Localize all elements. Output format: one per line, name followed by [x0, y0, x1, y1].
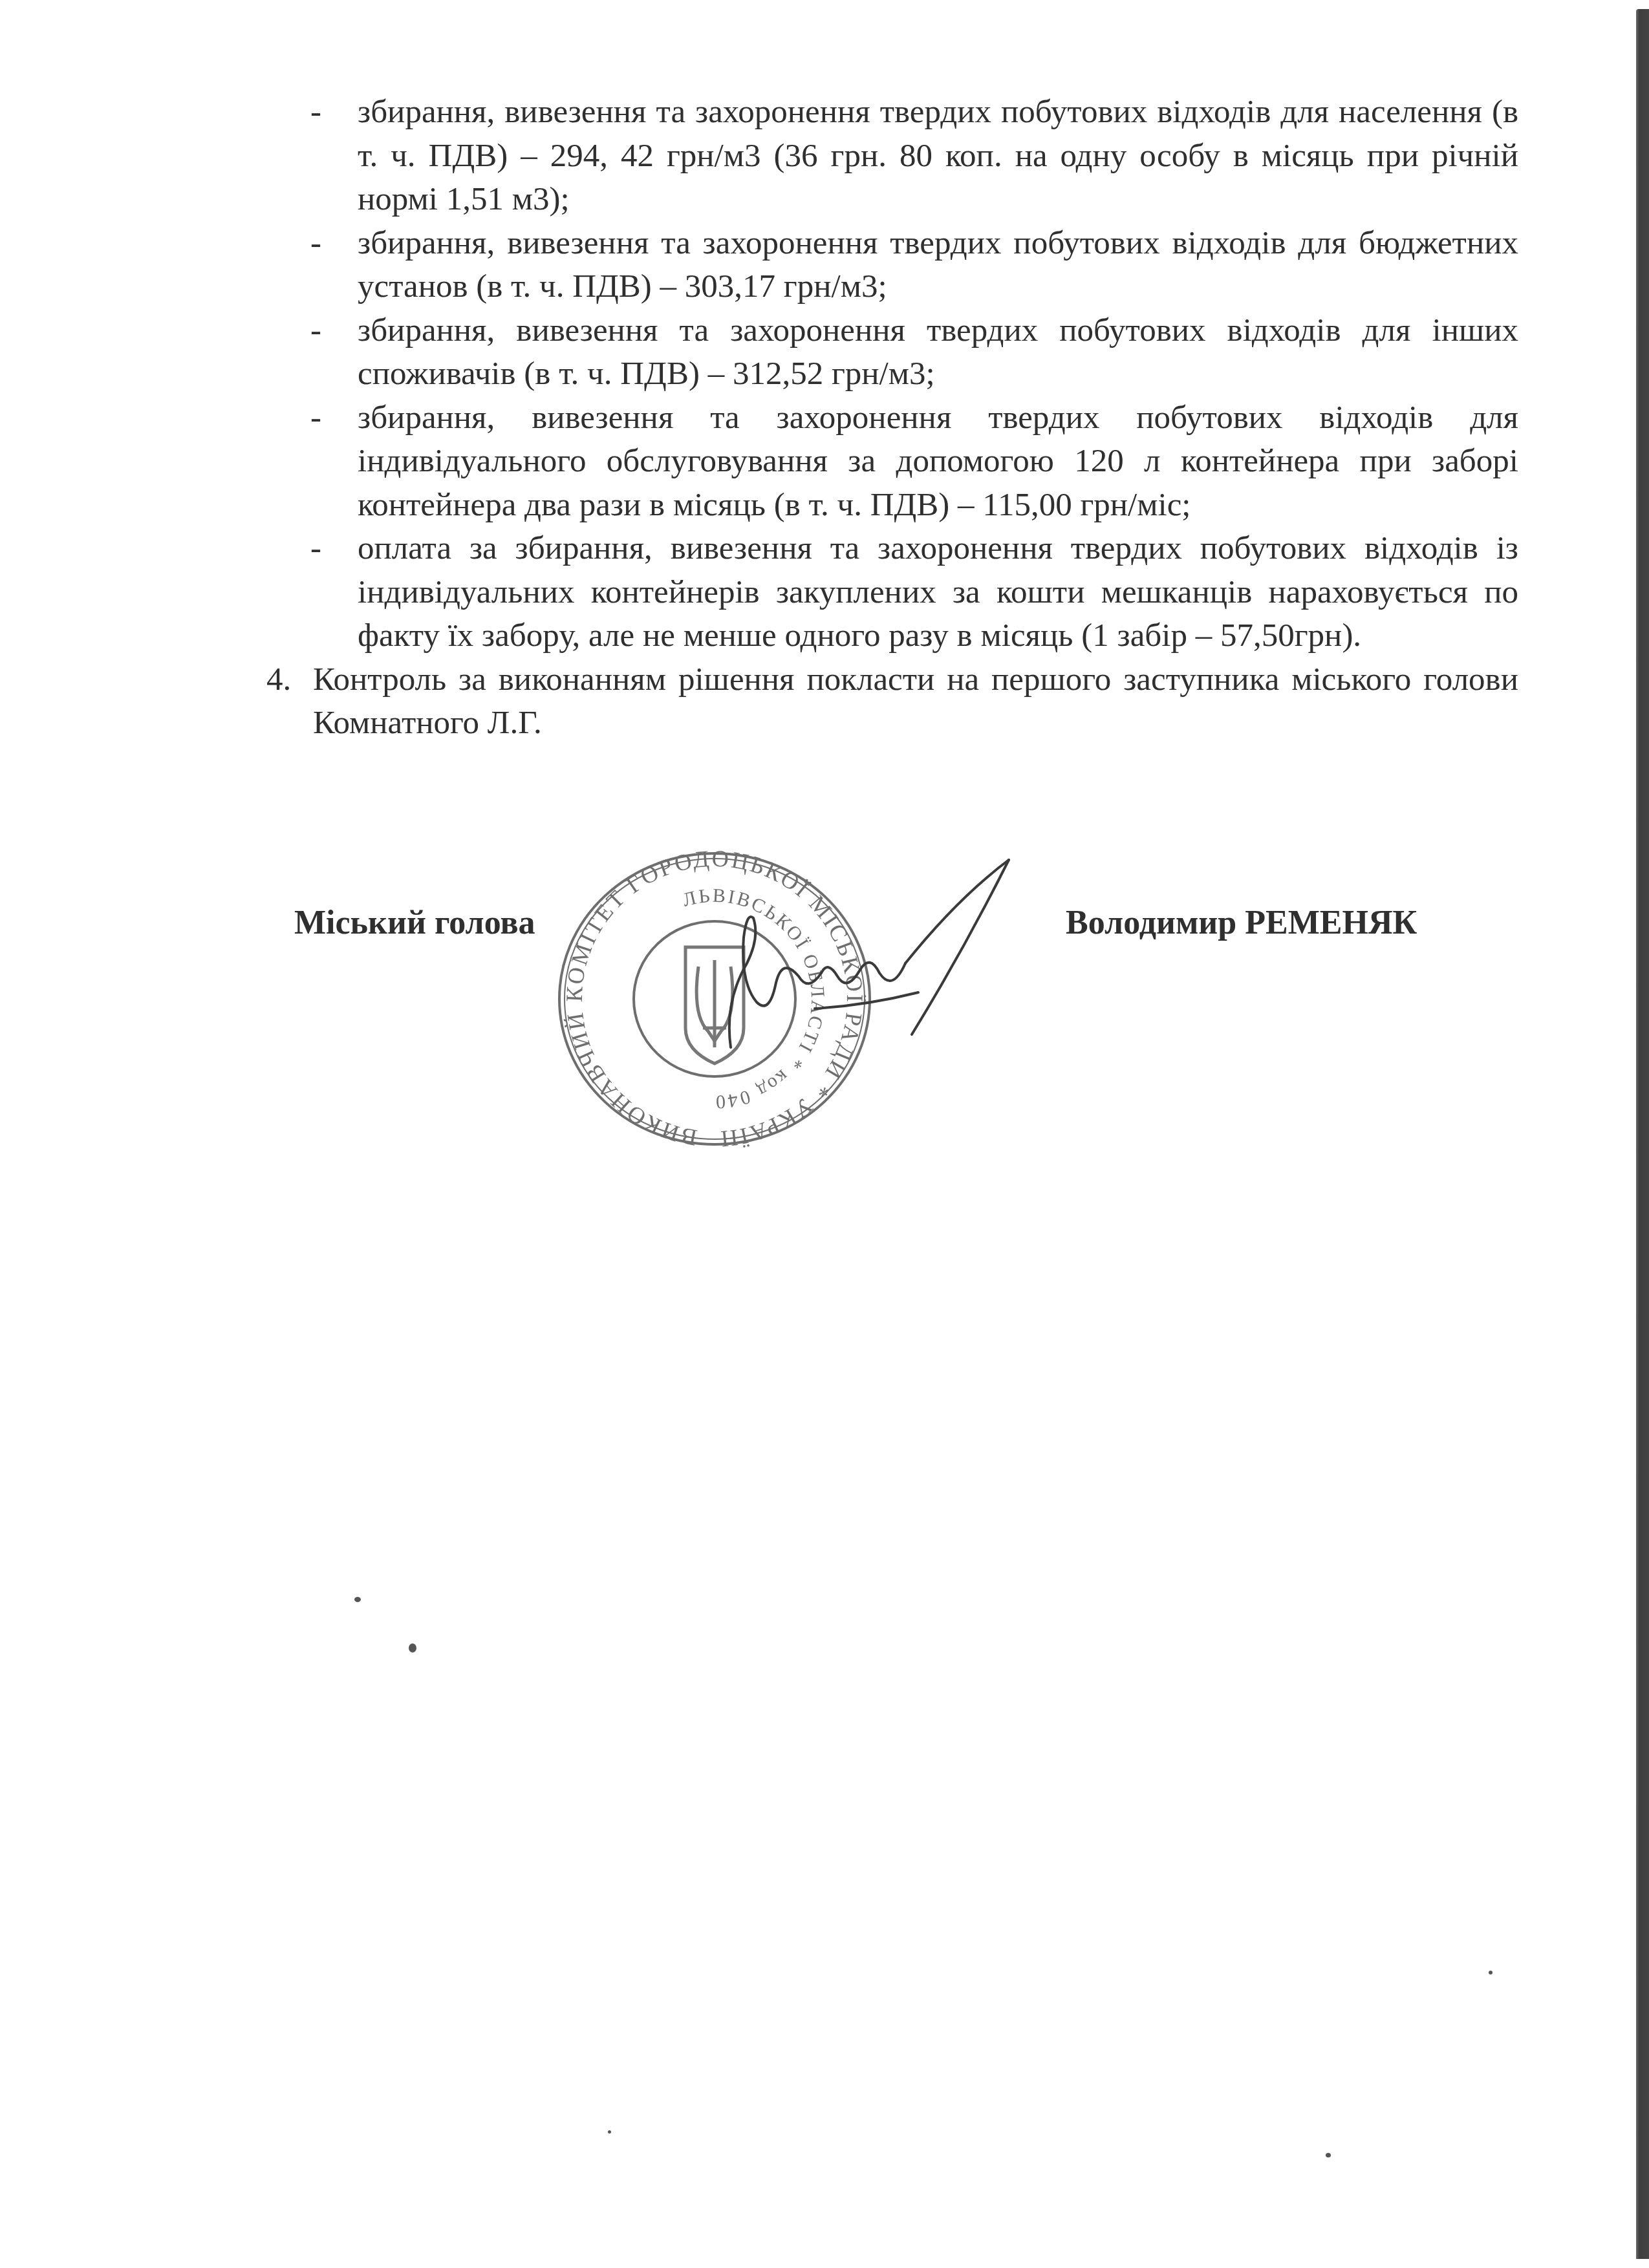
scan-speck [1326, 2153, 1331, 2157]
bullet-marker: - [310, 309, 321, 353]
item-number: 4. [266, 658, 291, 702]
scan-speck [1489, 1971, 1493, 1974]
scan-speck [409, 1643, 416, 1653]
bullet-marker: - [310, 396, 321, 440]
list-item: - збирання, вивезення та захоронення тве… [266, 309, 1518, 396]
list-item-text: збирання, вивезення та захоронення тверд… [358, 225, 1518, 305]
document-body: - збирання, вивезення та захоронення тве… [266, 91, 1518, 745]
list-item-text: оплата за збирання, вивезення та захорон… [358, 530, 1518, 654]
handwritten-signature [685, 853, 1022, 1073]
list-item: - збирання, вивезення та захоронення тве… [266, 222, 1518, 309]
signatory-name: Володимир РЕМЕНЯК [1066, 904, 1417, 942]
list-item-text: збирання, вивезення та захоронення тверд… [358, 94, 1518, 217]
bullet-marker: - [310, 527, 321, 571]
list-item-text: збирання, вивезення та захоронення тверд… [358, 400, 1518, 523]
scan-speck [354, 1597, 361, 1602]
bullet-marker: - [310, 91, 321, 134]
numbered-item-4: 4. Контроль за виконанням рішення поклас… [266, 658, 1518, 745]
scan-edge-border [1636, 9, 1649, 2259]
scan-speck [608, 2130, 611, 2134]
item-text: Контроль за виконанням рішення покласти … [313, 661, 1518, 742]
list-item: - збирання, вивезення та захоронення тве… [266, 396, 1518, 528]
bullet-marker: - [310, 222, 321, 266]
list-item: - збирання, вивезення та захоронення тве… [266, 91, 1518, 222]
list-item: - оплата за збирання, вивезення та захор… [266, 527, 1518, 658]
signatory-title: Міський голова [294, 904, 535, 942]
list-item-text: збирання, вивезення та захоронення тверд… [358, 312, 1518, 392]
